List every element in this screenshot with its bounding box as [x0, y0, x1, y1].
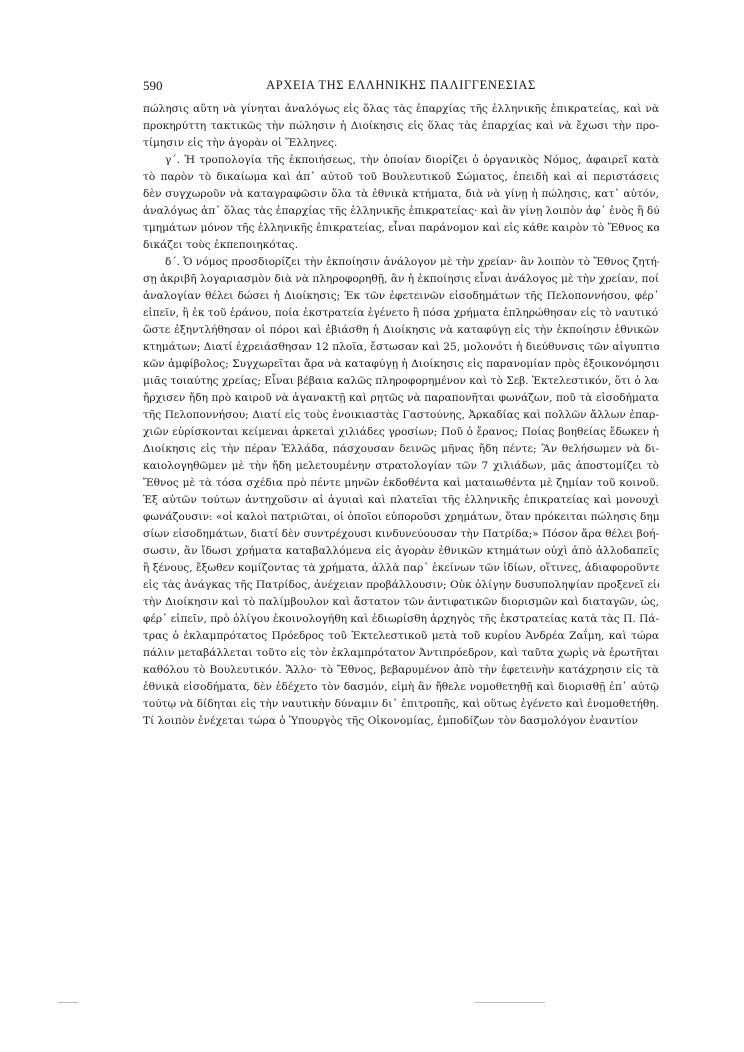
text-line: σίων εἰσοδημάτων, διατί δὲν συντρέχουσι … — [143, 526, 659, 543]
text-line: εἰς τὰς ἀνάγκας τῆς Πατρίδος, ἀνέχειαν π… — [143, 577, 659, 594]
text-line: δικάζει τοὺς ἐκπεποιηκότας. — [143, 237, 659, 254]
text-line: τρας ὁ ἐκλαμπρότατος Πρόεδρος τοῦ Ἐκτελε… — [143, 628, 659, 645]
paragraph: γ΄. Ἡ τροπολογία τῆς ἐκποιήσεως, τὴν ὁπο… — [143, 152, 659, 254]
text-line: Ἔθνος μὲ τὰ τόσα σχέδια πρὸ πέντε μηνῶν … — [143, 475, 659, 492]
text-line: τίμησιν εἰς τὴν ἀγορὰν οἱ Ἕλληνες. — [143, 135, 659, 152]
text-line: ὥστε ἐξηντλήθησαν οἱ πόροι καὶ ἐβιάσθη ἡ… — [143, 322, 659, 339]
text-line: χιῶν εὑρίσκονται κείμεναι ἀρκεταὶ χιλιάδ… — [143, 424, 659, 441]
text-line: ἐθνικὰ εἰσοδήματα, δὲν ἐδέχετο τὸν δασμό… — [143, 679, 659, 696]
text-line: φέρ᾿ εἰπεῖν, πρὸ ὀλίγου ἐκοινολογήθη καὶ… — [143, 611, 659, 628]
text-line: φωνάζουσιν: «οἱ καλοὶ πατριῶται, οἱ ὁποῖ… — [143, 509, 659, 526]
text-line: Ἐξ αὐτῶν τούτων ἀντηχοῦσιν αἱ ἀγυιαὶ καὶ… — [143, 492, 659, 509]
text-line: τῆς Πελοποννήσου; Διατί εἰς τοὺς ἐνοικια… — [143, 407, 659, 424]
text-line: καθόλου τὸ Βουλευτικόν. Ἄλλο· τὸ Ἔθνος, … — [143, 662, 659, 679]
text-line: δὲν συγχωροῦν νὰ καταγραφῶσιν ὅλα τὰ ἐθν… — [143, 186, 659, 203]
text-line: δ΄. Ὁ νόμος προσδιορίζει τὴν ἐκποίησιν ἀ… — [143, 254, 659, 271]
text-line: προκηρύττη τακτικῶς τὴν πώλησιν ἡ Διοίκη… — [143, 118, 659, 135]
text-line: ἤρχισεν ἤδη πρὸ καιροῦ νὰ ἀγανακτῇ καὶ ρ… — [143, 390, 659, 407]
paragraph: πώλησις αὕτη νὰ γίνηται ἀναλόγως εἰς ὅλα… — [143, 101, 659, 152]
text-line: Διοίκησις εἰς τὴν πέραν Ἑλλάδα, πάσχουσα… — [143, 441, 659, 458]
text-line: τούτῳ νὰ δίδηται εἰς τὴν ναυτικὴν δύναμι… — [143, 696, 659, 713]
text-line: Τί λοιπὸν ἐνέχεται τώρα ὁ Ὑπουργὸς τῆς Ο… — [143, 713, 659, 730]
text-line: ἀναλογίαν θέλει δώσει ἡ Διοίκησις; Ἐκ τῶ… — [143, 288, 659, 305]
scan-artifact — [58, 1002, 78, 1003]
text-line: πώλησις αὕτη νὰ γίνηται ἀναλόγως εἰς ὅλα… — [143, 101, 659, 118]
text-line: τὸ παρὸν τὸ δικαίωμα καὶ ἀπ᾿ αὐτοῦ τοῦ Β… — [143, 169, 659, 186]
running-title: ΑΡΧΕΙΑ ΤΗΣ ΕΛΛΗΝΙΚΗΣ ΠΑΛΙΓΓΕΝΕΣΙΑΣ — [143, 78, 659, 93]
text-line: πάλιν μεταβάλλεται τοῦτο εἰς τὸν ἐκλαμπρ… — [143, 645, 659, 662]
document-page: 590 ΑΡΧΕΙΑ ΤΗΣ ΕΛΛΗΝΙΚΗΣ ΠΑΛΙΓΓΕΝΕΣΙΑΣ π… — [0, 0, 744, 1052]
running-header: 590 ΑΡΧΕΙΑ ΤΗΣ ΕΛΛΗΝΙΚΗΣ ΠΑΛΙΓΓΕΝΕΣΙΑΣ — [143, 78, 659, 96]
text-line: σωσιν, ἂν ἴδωσι χρήματα καταβαλλόμενα εἰ… — [143, 543, 659, 560]
text-line: ἀναλόγως ἀπ᾿ ὅλας τὰς ἐπαρχίας τῆς ἑλλην… — [143, 203, 659, 220]
text-line: σῃ ἀκριβῆ λογαριασμὸν διὰ νὰ πληροφορηθῇ… — [143, 271, 659, 288]
text-line: καιολογηθῶμεν μὲ τὴν ἤδη μελετουμένην στ… — [143, 458, 659, 475]
text-line: κτημάτων; Διατί ἐχρειάσθησαν 12 πλοῖα, ἔ… — [143, 339, 659, 356]
text-line: κῶν ἀμφίβολος; Συγχωρεῖται ἄρα νὰ καταφύ… — [143, 356, 659, 373]
text-line: μιᾶς τοιαύτης χρείας; Εἶναι βέβαια καλῶς… — [143, 373, 659, 390]
text-line: γ΄. Ἡ τροπολογία τῆς ἐκποιήσεως, τὴν ὁπο… — [143, 152, 659, 169]
body-text: πώλησις αὕτη νὰ γίνηται ἀναλόγως εἰς ὅλα… — [143, 101, 659, 730]
text-line: τὴν Διοίκησιν καὶ τὸ παλίμβουλον καὶ ἄστ… — [143, 594, 659, 611]
paragraph: δ΄. Ὁ νόμος προσδιορίζει τὴν ἐκποίησιν ἀ… — [143, 254, 659, 730]
text-line: τμημάτων μόνον τῆς ἑλληνικῆς ἐπικρατείας… — [143, 220, 659, 237]
scan-artifact — [475, 1002, 545, 1003]
text-line: εἰπεῖν, ἢ ἐκ τοῦ ἐράνου, ποία ἐκστρατεία… — [143, 305, 659, 322]
text-line: ἢ ξένους, ἔξωθεν κομίζοντας τὰ χρήματα, … — [143, 560, 659, 577]
